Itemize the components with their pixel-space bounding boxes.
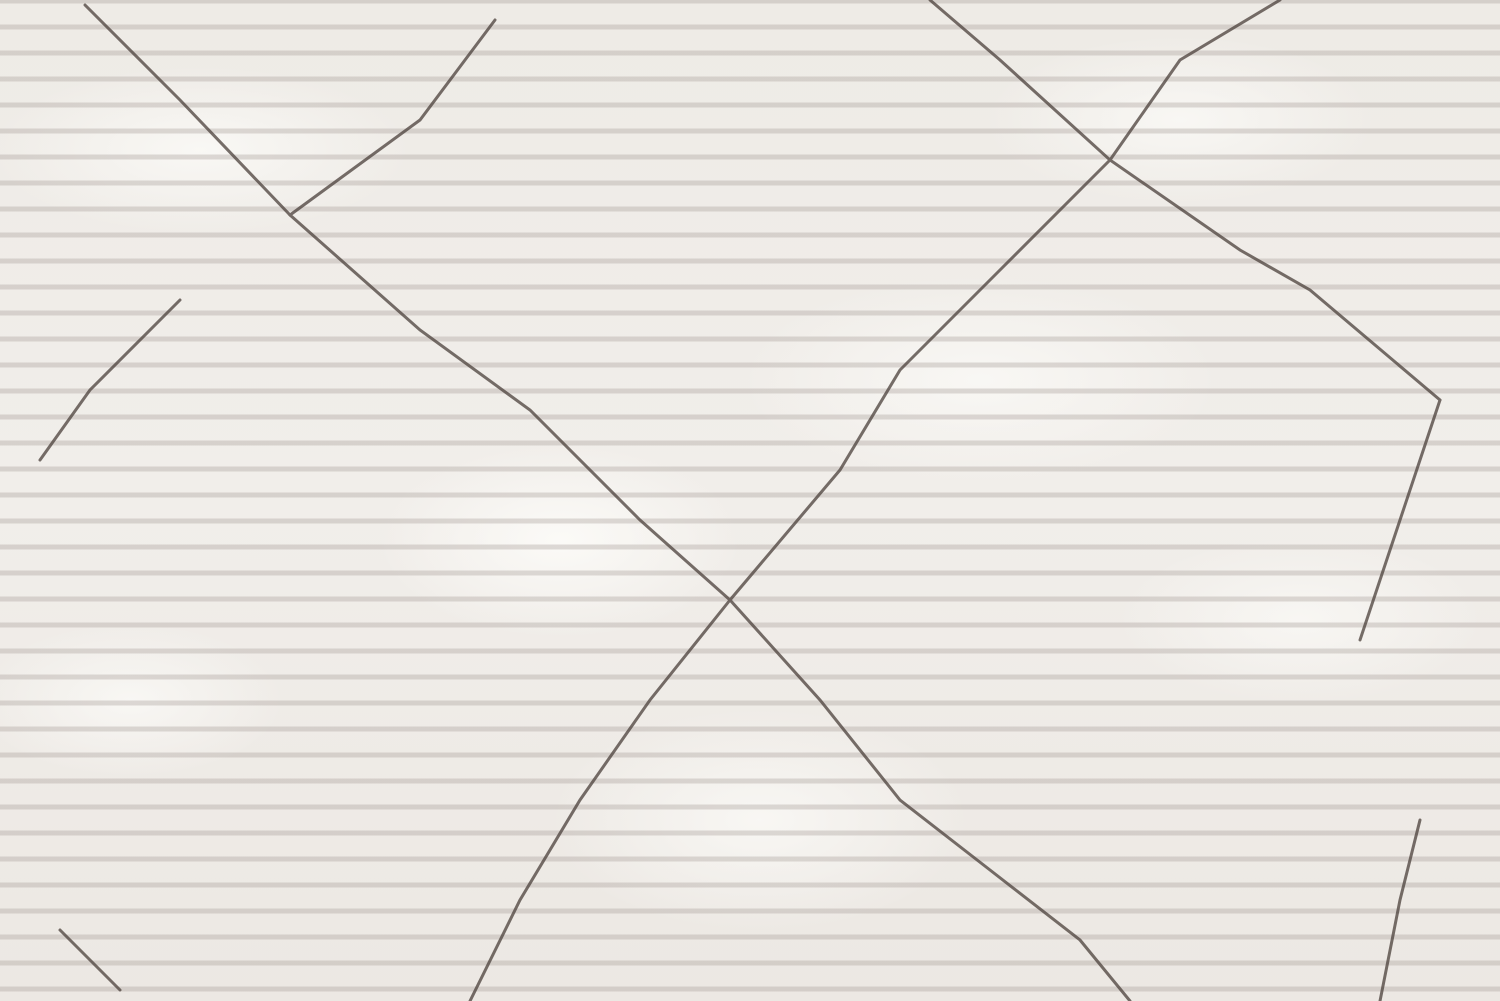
diamond-lattice-lines [0,0,1500,1001]
rug-photo [0,0,1500,1001]
